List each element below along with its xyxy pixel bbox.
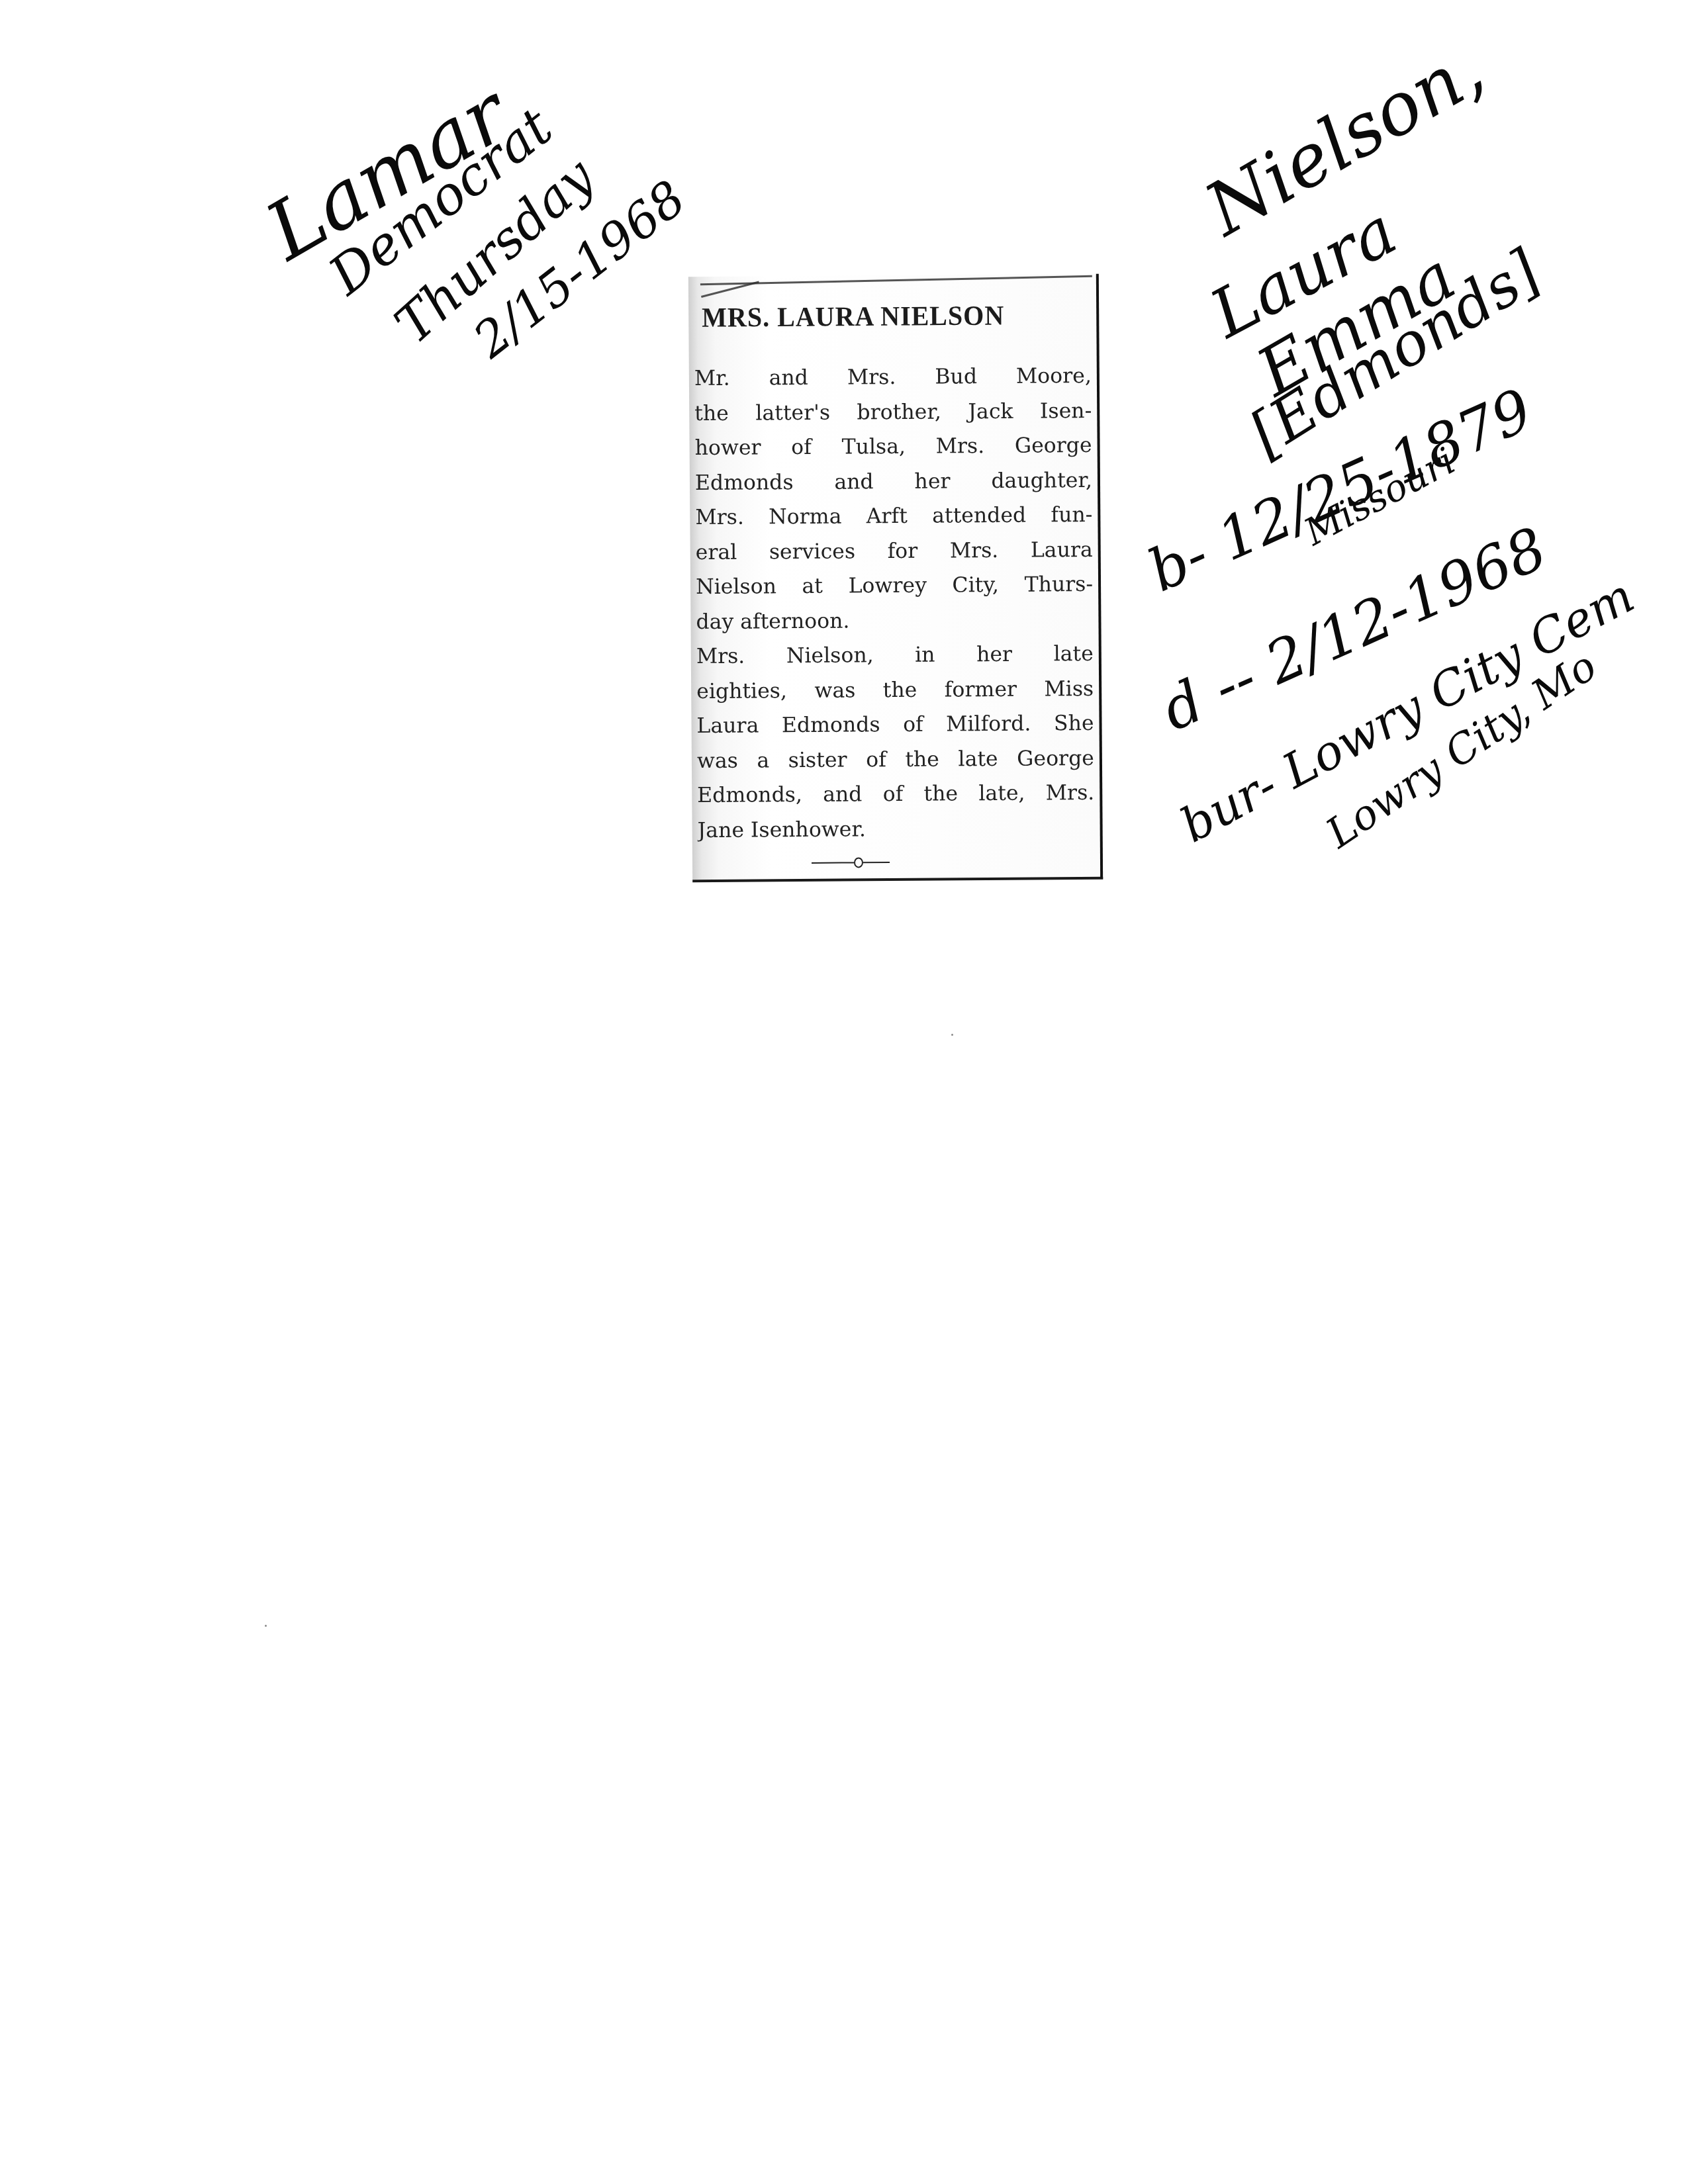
obituary-line: Edmonds, and of the late, Mrs. (697, 776, 1094, 813)
obituary-line: was a sister of the late George (697, 741, 1094, 778)
obituary-headline: MRS. LAURA NIELSON (702, 298, 1092, 334)
scan-speck (265, 1625, 267, 1627)
end-of-article-ornament (812, 854, 911, 871)
obituary-line: eighties, was the former Miss (696, 671, 1094, 709)
obituary-line: the latter's brother, Jack Isen- (694, 393, 1092, 431)
obituary-line: day afternoon. (696, 602, 1093, 639)
obituary-clipping: MRS. LAURA NIELSON Mr. and Mrs. Bud Moor… (688, 274, 1103, 882)
obituary-line: eral services for Mrs. Laura (696, 532, 1093, 570)
scanned-page: Lamar Democrat Thursday 2/15-1968 MRS. L… (0, 0, 1688, 2184)
clipping-rule-top (700, 275, 1092, 285)
scan-speck (951, 1034, 953, 1036)
obituary-line: Laura Edmonds of Milford. She (696, 706, 1094, 744)
obituary-line: Nielson at Lowrey City, Thurs- (696, 567, 1093, 605)
obituary-line: Mrs. Nielson, in her late (696, 637, 1094, 674)
obituary-line: Edmonds and her daughter, (695, 463, 1092, 500)
obituary-line: hower of Tulsa, Mrs. George (694, 428, 1092, 466)
obituary-body: Mr. and Mrs. Bud Moore, the latter's bro… (694, 359, 1095, 848)
obituary-line: Mrs. Norma Arft attended fun- (695, 498, 1092, 535)
obituary-line: Jane Isenhower. (697, 810, 1094, 848)
obituary-line: Mr. and Mrs. Bud Moore, (694, 359, 1092, 396)
